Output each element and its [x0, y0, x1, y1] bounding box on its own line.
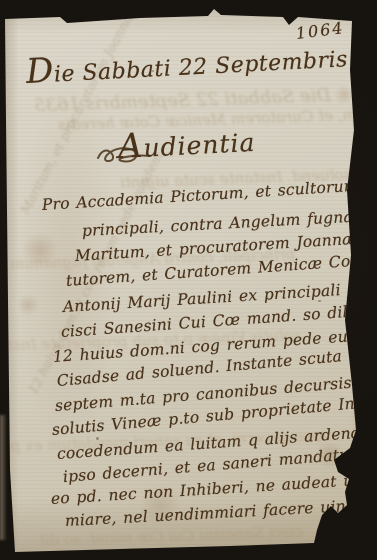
paper-speck	[152, 70, 154, 72]
date-text: Die Sabbati 22 Septembris 1635	[26, 44, 377, 89]
heading-audientia: Audientia	[117, 120, 256, 166]
manuscript-photo: Die Sabbati 22 Septembris 1635 tutorem, …	[0, 0, 377, 560]
paper-speck	[318, 300, 321, 302]
date-line: Die Sabbati 22 Septembris 1635 ∼∼	[25, 30, 377, 92]
underlying-page-edge	[0, 415, 7, 540]
paper-page: Die Sabbati 22 Septembris 1635 tutorem, …	[0, 0, 377, 560]
paper-speck	[96, 437, 99, 440]
